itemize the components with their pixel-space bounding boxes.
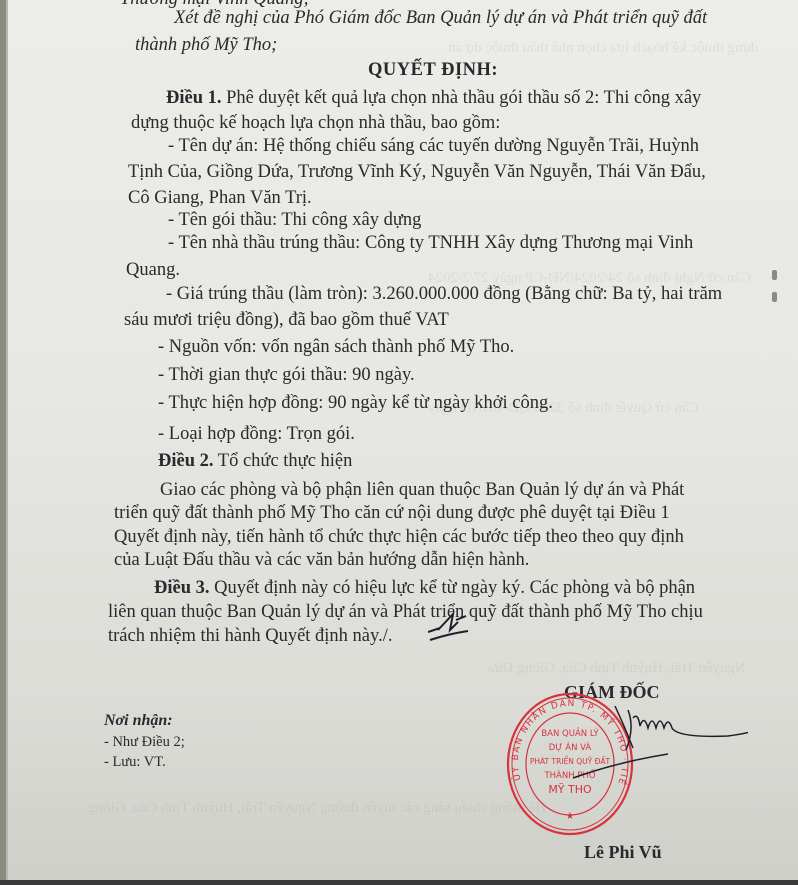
article2-line-2: triển quỹ đất thành phố Mỹ Tho căn cứ nộ… (114, 504, 670, 523)
package-name: - Tên gói thầu: Thi công xây dựng (168, 211, 421, 230)
article3-label: Điều 3. (154, 578, 210, 598)
stamp-inner-line: DỰ ÁN VÀ (549, 741, 592, 753)
stamp-inner-line: THÀNH PHỐ (543, 768, 595, 781)
stamp-inner-line: MỸ THO (548, 783, 592, 796)
article2-line-3: Quyết định này, tiến hành tổ chức thực h… (114, 528, 684, 547)
bottom-edge (0, 880, 798, 885)
price-line-2: sáu mươi triệu đồng), đã bao gồm thuế VA… (124, 311, 449, 330)
article3-line-2: liên quan thuộc Ban Quản lý dự án và Phá… (108, 603, 703, 622)
package-duration: - Thời gian thực gói thầu: 90 ngày. (158, 366, 415, 385)
preamble-line-2: thành phố Mỹ Tho; (135, 36, 277, 55)
decision-heading: QUYẾT ĐỊNH: (368, 61, 498, 80)
article1-line-2: dựng thuộc kế hoạch lựa chọn nhà thầu, b… (131, 114, 500, 133)
article1-label: Điều 1. (166, 88, 222, 108)
article2-line-1: Giao các phòng và bộ phận liên quan thuộ… (160, 481, 684, 500)
article2-title: Điều 2. Tổ chức thực hiện (158, 452, 352, 471)
project-line-3: Cô Giang, Phan Văn Trị. (128, 189, 312, 208)
article3-line-3: trách nhiệm thi hành Quyết định này./. (108, 627, 392, 646)
funding-source: - Nguồn vốn: vốn ngân sách thành phố Mỹ … (158, 338, 514, 357)
signer-name: Lê Phi Vũ (584, 843, 662, 861)
document-page: dựng thuộc kế hoạch lựa chọn nhà thầu th… (6, 0, 798, 880)
recipient-item: - Lưu: VT. (104, 755, 166, 770)
project-line-2: Tịnh Của, Giồng Dứa, Trương Vĩnh Ký, Ngu… (128, 163, 706, 182)
contractor-line-2: Quang. (126, 261, 180, 280)
contractor-line-1: - Tên nhà thầu trúng thầu: Công ty TNHH … (168, 234, 693, 253)
official-stamp: ỦY BAN NHÂN DÂN TP. MỸ THO · TIỀN GIANG … (505, 691, 635, 837)
recipients-title: Nơi nhận: (104, 713, 173, 729)
stamp-inner-line: PHÁT TRIỂN QUỸ ĐẤT (530, 756, 611, 766)
recipient-item: - Như Điều 2; (104, 735, 185, 750)
contract-type: - Loại hợp đồng: Trọn gói. (158, 425, 355, 444)
stamp-star-icon: ★ (566, 811, 575, 822)
price-line-1: - Giá trúng thầu (làm tròn): 3.260.000.0… (166, 285, 722, 304)
stamp-inner-line: BAN QUẢN LÝ (541, 727, 599, 739)
article2-line-4: của Luật Đấu thầu và các văn bản hướng d… (114, 551, 529, 570)
article2-label: Điều 2. (158, 451, 214, 471)
bleed-through-text: dựng thuộc kế hoạch lựa chọn nhà thầu th… (448, 40, 758, 57)
binder-mark (772, 292, 777, 302)
contract-execution: - Thực hiện hợp đồng: 90 ngày kể từ ngày… (158, 394, 553, 413)
preamble-line-1: Xét đề nghị của Phó Giám đốc Ban Quản lý… (174, 9, 707, 28)
bleed-through-text: Hệ thống chiếu sáng các tuyến đường Nguy… (88, 800, 546, 817)
binder-mark (772, 270, 777, 280)
article3-line-1: Điều 3. Quyết định này có hiệu lực kể từ… (154, 579, 695, 598)
project-line-1: - Tên dự án: Hệ thống chiếu sáng các tuy… (168, 137, 699, 156)
article1-line-1: Điều 1. Phê duyệt kết quả lựa chọn nhà t… (166, 89, 701, 108)
bleed-through-text: Nguyễn Trãi, Huỳnh Tịnh Của, Giồng Dứa (488, 660, 746, 677)
